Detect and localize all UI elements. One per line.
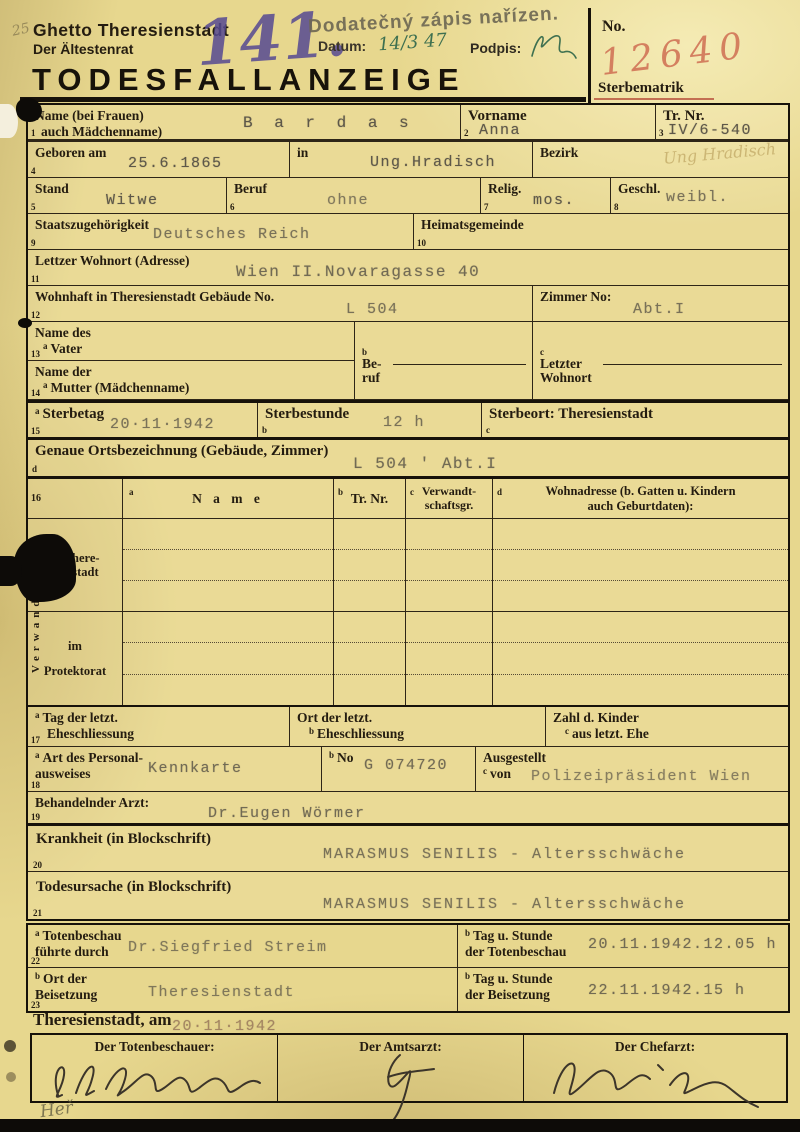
parents-wohnort-column: c Letzter Wohnort [532, 322, 788, 399]
sub-letter: c [565, 726, 569, 736]
field-geschl-value: weibl. [666, 189, 729, 206]
field-heimat-label: Heimatsgemeinde [421, 217, 781, 233]
signature-box: Der Totenbeschauer: Der Amtsarzt: Der Ch… [30, 1033, 788, 1103]
field-staatszugehoerigkeit: Staatszugehörigkeit 9 Deutsches Reich [28, 214, 413, 249]
field-ausweis-no-value: G 074720 [364, 757, 448, 774]
relatives-number-cell: 16 [28, 479, 122, 518]
field-wohnhaft-value: L 504 [346, 301, 399, 318]
group2-line2: Protektorat [44, 664, 106, 678]
field-number: 16 [31, 493, 41, 504]
field-wohnhaft-gebaeude: Wohnhaft in Theresienstadt Gebäude No. 1… [28, 286, 532, 321]
sub-letter: d [32, 464, 37, 474]
sub-letter: c [410, 487, 414, 497]
field-name: Name (bei Frauen) auch Mädchenname) 1 B … [28, 105, 460, 139]
field-number: 5 [31, 202, 36, 212]
relatives-header-verw1: Verwandt- [422, 484, 476, 498]
field-orts-value: L 504 ' Abt.I [353, 455, 497, 473]
totenbeschauer-signature [40, 1051, 270, 1103]
field-geburtsort: in Ung.Hradisch [289, 142, 532, 177]
field-sterbestunde-label: Sterbestunde [265, 406, 474, 423]
relatives-g2-verw-col [405, 612, 492, 705]
field-sterbeort: Sterbeort: Theresienstadt c [481, 403, 788, 437]
footer-typed-date: 20·11·1942 [172, 1018, 277, 1035]
r18c-label1: Ausgestellt [483, 750, 781, 766]
field-number: 19 [31, 812, 40, 822]
r23b-label1: Tag u. Stunde [473, 971, 552, 986]
field-number: 4 [31, 166, 36, 176]
field-number: 2 [464, 128, 469, 138]
stamp-datum-label: Datum: [318, 38, 366, 54]
totenbeschau-block: aTotenbeschau führte durch 22 Dr.Siegfri… [26, 923, 790, 1013]
sub-letter: a [35, 750, 40, 760]
field-trnr-value: IV/6-540 [668, 122, 752, 139]
r17b-label2: Eheschliessung [317, 726, 404, 741]
parents-wohnort-label2: Wohnort [540, 370, 592, 386]
parents-left-column: Name des aVater 13 Name der aMutter (Mäd… [28, 322, 354, 399]
r18b-label: No [337, 750, 354, 765]
field-number: 23 [31, 1000, 40, 1010]
field-behandelnder-arzt: Behandelnder Arzt: 19 Dr.Eugen Wörmer [28, 792, 788, 823]
relatives-table-body: Verwandte in There-sienstadt imProtektor… [28, 519, 788, 707]
field-ort-beisetzung-value: Theresienstadt [148, 984, 295, 1001]
r21-label: Todesursache (in Blockschrift) [28, 872, 788, 896]
field-krankheit-value: MARASMUS SENILIS - Altersschwäche [323, 846, 686, 863]
field-bezirk: Bezirk Ung Hradisch [532, 142, 788, 177]
r17b-label1: Ort der letzt. [297, 710, 538, 726]
relatives-header-verwandtschaft: c Verwandt-schaftsgr. [405, 479, 492, 518]
field-vater-label1: Name des [35, 325, 347, 341]
field-vater-label2: Vater [51, 341, 83, 356]
field-zimmer: Zimmer No: Abt.I [532, 286, 788, 321]
relatives-g2-addr-col [492, 612, 788, 705]
field-number: 17 [31, 735, 40, 745]
sub-letter: a [43, 380, 48, 390]
sub-letter: a [129, 487, 134, 497]
field-arzt-value: Dr.Eugen Wörmer [208, 805, 366, 822]
punch-hole-top [4, 1040, 16, 1052]
r17a-label2: Eheschliessung [35, 726, 282, 742]
field-sterbestunde-value: 12 h [383, 414, 425, 431]
field-bezirk-handwritten: Ung Hradisch [662, 139, 776, 168]
field-geburtsort-value: Ung.Hradisch [370, 154, 496, 171]
field-personalausweis: aArt des Personal- ausweises 18 Kennkart… [28, 747, 321, 791]
field-number: 14 [31, 388, 40, 398]
sub-letter: b [329, 750, 334, 760]
scan-edge-bottom [0, 1119, 800, 1132]
field-mutter-label2: Mutter (Mädchenname) [51, 380, 190, 395]
sub-letter: c [486, 425, 490, 435]
org-subname: Der Ältestenrat [33, 41, 133, 57]
field-number: 11 [31, 274, 40, 284]
relatives-g1-addr-col [492, 519, 788, 611]
relatives-header-trnr-label: Tr. Nr. [351, 491, 388, 507]
field-geboren: Geboren am 4 25.6.1865 [28, 142, 289, 177]
field-number: 21 [33, 908, 42, 918]
field-stand: Stand 5 Witwe [28, 178, 226, 213]
field-beruf: Beruf 6 ohne [226, 178, 480, 213]
relatives-header-trnr: b Tr. Nr. [333, 479, 405, 518]
sub-letter: a [35, 710, 40, 720]
stamp-datum-value: 14/3 47 [377, 30, 447, 56]
field-number: 8 [614, 202, 619, 212]
field-mutter-label1: Name der [35, 364, 347, 380]
r18c-label2: von [490, 766, 511, 781]
sub-letter: a [35, 928, 40, 938]
pencil-note-top-left: 25 [11, 20, 32, 39]
sterbematrik-label: Sterbematrik [598, 80, 684, 97]
field-zahl-kinder: Zahl d. Kinder caus letzt. Ehe [545, 707, 788, 746]
field-zimmer-value: Abt.I [633, 301, 686, 318]
field-zeit-totenbeschau: bTag u. Stunde der Totenbeschau 20.11.19… [457, 925, 788, 967]
sub-letter: b [309, 726, 314, 736]
field-number: 10 [417, 238, 426, 248]
sub-letter: a [35, 406, 40, 416]
sub-letter: b [262, 425, 267, 435]
ink-blot-small-top [16, 98, 42, 122]
sterbematrik-underline [594, 98, 714, 100]
sub-letter: a [43, 341, 48, 351]
parents-beruf-column: b Be- ruf [354, 322, 532, 399]
chefarzt-signature [538, 1049, 773, 1105]
r22a-label1: Totenbeschau [43, 928, 122, 943]
field-todesursache: Todesursache (in Blockschrift) 21 MARASM… [28, 872, 788, 919]
field-krankheit: Krankheit (in Blockschrift) 20 MARASMUS … [28, 826, 788, 872]
r18a-label1: Art des Personal- [43, 750, 143, 765]
stamp-podpis-label: Podpis: [470, 40, 521, 56]
amtsarzt-signature [348, 1049, 458, 1103]
r20-label: Krankheit (in Blockschrift) [28, 826, 788, 848]
field-ausgestellt-von: Ausgestellt cvon Polizeipräsident Wien [475, 747, 788, 791]
field-number: 6 [230, 202, 235, 212]
field-number: 20 [33, 860, 42, 870]
field-trnr: Tr. Nr. 3 IV/6-540 [655, 105, 788, 139]
field-ausgestellt-value: Polizeipräsident Wien [531, 768, 752, 785]
sub-letter: b [338, 487, 343, 497]
stamp-signature [524, 28, 580, 62]
field-tag-eheschliessung: aTag der letzt. Eheschliessung 17 [28, 707, 289, 746]
signature-cell-totenbeschauer: Der Totenbeschauer: [32, 1035, 278, 1101]
relatives-header-wohnadresse: d Wohnadresse (b. Gatten u. Kindernauch … [492, 479, 788, 518]
field-ort-beisetzung: bOrt der Beisetzung 23 Theresienstadt [28, 968, 457, 1011]
field-zeit-beisetzung: bTag u. Stunde der Beisetzung 22.11.1942… [457, 968, 788, 1011]
field-zeit-beisetzung-value: 22.11.1942.15 h [588, 982, 746, 999]
relatives-header-name: a N a m e [122, 479, 333, 518]
title-underline [20, 97, 586, 102]
relatives-header-name-label: N a m e [192, 491, 264, 507]
field-number: 22 [31, 956, 40, 966]
field-geschl: Geschl. 8 weibl. [610, 178, 788, 213]
r17c-label2: aus letzt. Ehe [572, 726, 649, 741]
group2-line1: im [68, 639, 82, 653]
relatives-g1-trnr-col [333, 519, 405, 611]
field-staat-value: Deutsches Reich [153, 226, 311, 243]
field-number: 18 [31, 780, 40, 790]
field-ort-eheschliessung: Ort der letzt. bEheschliessung [289, 707, 545, 746]
field-totenbeschau-durch: aTotenbeschau führte durch 22 Dr.Siegfri… [28, 925, 457, 967]
field-number: 12 [31, 310, 40, 320]
field-mutter: Name der aMutter (Mädchenname) 14 [28, 361, 354, 399]
no-box-divider [588, 8, 591, 103]
field-number: 3 [659, 128, 664, 138]
field-number: 1 [31, 128, 36, 138]
field-letzter-wohnort: Lettzer Wohnort (Adresse) 11 Wien II.Nov… [28, 250, 788, 285]
sub-letter: d [497, 487, 502, 497]
field-stand-value: Witwe [106, 192, 159, 209]
relatives-g2-name-col [122, 612, 333, 705]
field-vorname: Vorname 2 Anna [460, 105, 655, 139]
document-page: 25 Ghetto Theresienstadt Der Ältestenrat… [0, 0, 800, 1132]
field-wohnhaft-label: Wohnhaft in Theresienstadt Gebäude No. [35, 289, 525, 305]
r19-label: Behandelnder Arzt: [35, 795, 781, 811]
field-sterbetag-value: 20·11·1942 [110, 416, 215, 433]
relatives-header-addr1: Wohnadresse (b. Gatten u. Kindern [545, 484, 735, 498]
field-todesursache-value: MARASMUS SENILIS - Altersschwäche [323, 896, 686, 913]
field-wohnort-value: Wien II.Novaragasse 40 [236, 263, 480, 281]
field-relig-value: mos. [533, 192, 575, 209]
field-personalausweis-value: Kennkarte [148, 760, 243, 777]
sub-letter: c [483, 766, 487, 776]
field-sterbetag: aSterbetag 15 20·11·1942 [28, 403, 257, 437]
signature-cell-amtsarzt: Der Amtsarzt: [278, 1035, 524, 1101]
field-geboren-value: 25.6.1865 [128, 155, 223, 172]
paper-tear [0, 104, 18, 138]
relatives-group2-label: imProtektorat [28, 612, 122, 705]
field-beruf-value: ohne [327, 192, 369, 209]
field-sterbetag-label: Sterbetag [43, 406, 105, 422]
main-form: Name (bei Frauen) auch Mädchenname) 1 B … [26, 103, 790, 921]
punch-hole-bottom [6, 1072, 16, 1082]
r17a-label1: Tag der letzt. [43, 710, 118, 725]
field-ortsbezeichnung: Genaue Ortsbezeichnung (Gebäude, Zimmer)… [28, 440, 788, 476]
field-number: 13 [31, 349, 40, 359]
field-number: 9 [31, 238, 36, 248]
ink-blot-edge [0, 556, 22, 586]
r17c-label1: Zahl d. Kinder [553, 710, 781, 726]
relatives-header-addr2: auch Geburtdaten): [588, 499, 694, 513]
field-heimatsgemeinde: Heimatsgemeinde 10 [413, 214, 788, 249]
field-zeit-totenbeschau-value: 20.11.1942.12.05 h [588, 936, 777, 953]
r23a-label1: Ort der [43, 971, 87, 986]
parents-beruf-label2: ruf [362, 370, 380, 386]
footer-place-line: Theresienstadt, am [33, 1010, 172, 1030]
field-relig: Relig. 7 mos. [480, 178, 610, 213]
r22b-label1: Tag u. Stunde [473, 928, 552, 943]
field-name-value: B a r d a s [243, 114, 415, 132]
ink-spot [18, 318, 32, 328]
no-label: No. [602, 18, 626, 36]
field-sterbeort-label: Sterbeort: Theresienstadt [489, 406, 781, 423]
relatives-g2-trnr-col [333, 612, 405, 705]
field-sterbestunde: Sterbestunde b 12 h [257, 403, 481, 437]
ink-blot-large [14, 534, 76, 602]
field-ausweis-no: bNo G 074720 [321, 747, 475, 791]
field-totenbeschau-durch-value: Dr.Siegfried Streim [128, 939, 328, 956]
sub-letter: b [465, 928, 470, 938]
signature-cell-chefarzt: Der Chefarzt: [524, 1035, 786, 1101]
field-number: 15 [31, 426, 40, 436]
field-vorname-value: Anna [479, 122, 521, 139]
relatives-g1-verw-col [405, 519, 492, 611]
relatives-g1-name-col [122, 519, 333, 611]
field-number: 7 [484, 202, 489, 212]
sub-letter: b [35, 971, 40, 981]
relatives-header-verw2: schaftsgr. [425, 498, 474, 512]
sub-letter: b [465, 971, 470, 981]
field-vater: Name des aVater 13 [28, 322, 354, 360]
